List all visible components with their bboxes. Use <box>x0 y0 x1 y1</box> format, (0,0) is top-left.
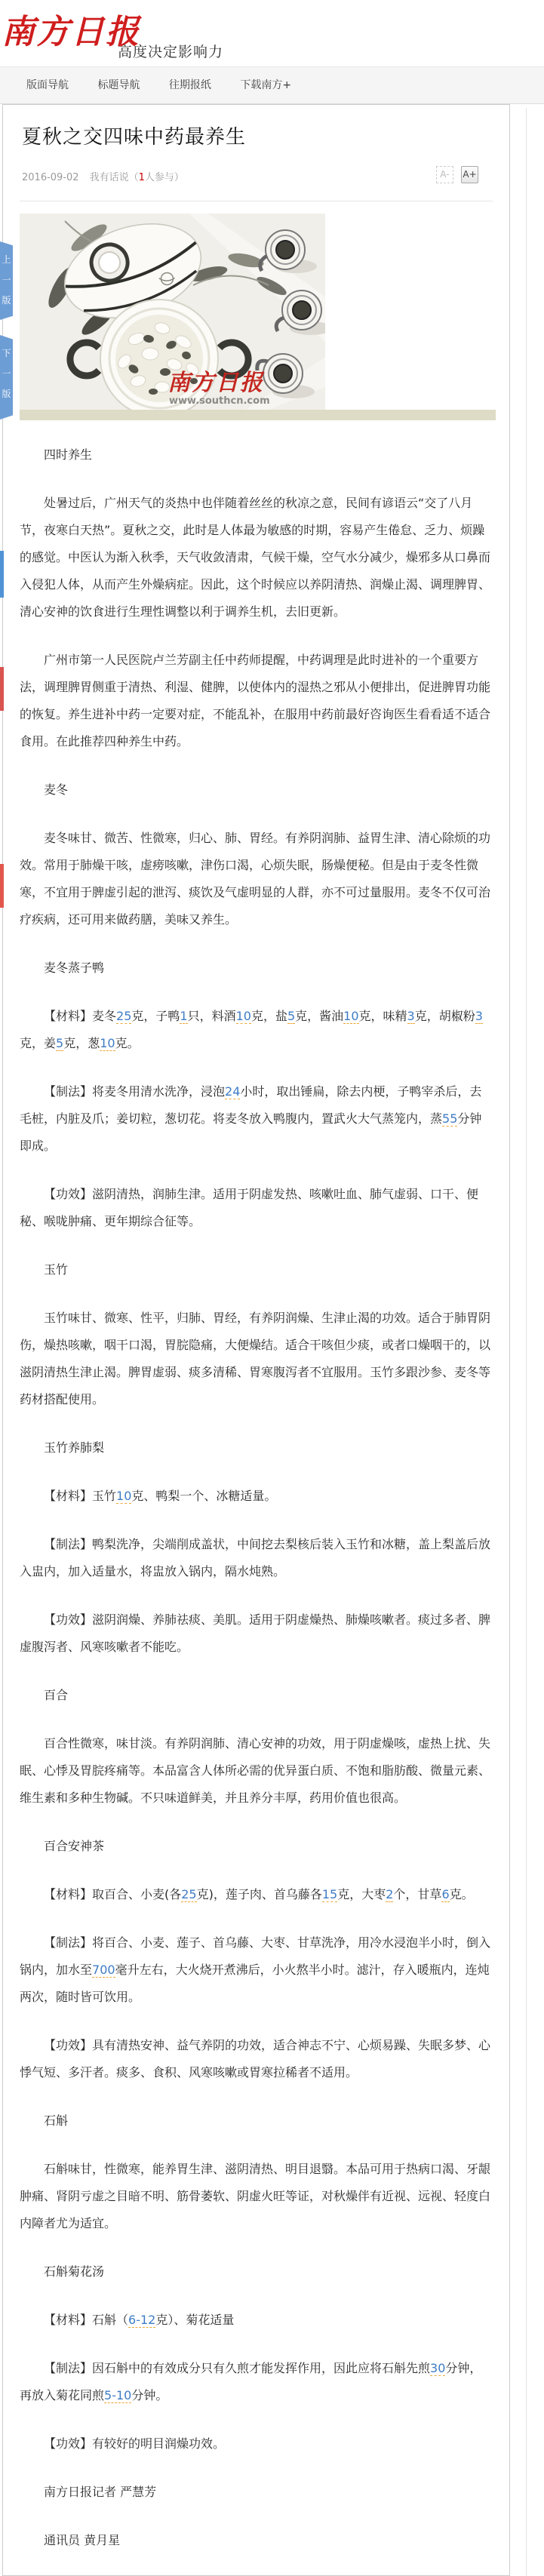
text-segment: 【材料】石斛（ <box>44 2313 128 2327</box>
text-segment: 克，胡椒粉 <box>415 1009 475 1023</box>
number-link[interactable]: 10 <box>343 1009 358 1024</box>
text-segment: 通讯员 黄月星 <box>44 2533 120 2547</box>
font-size-controls: A- A+ <box>432 166 478 183</box>
text-segment: 石斛菊花汤 <box>44 2264 104 2279</box>
number-link[interactable]: 3 <box>475 1009 483 1024</box>
publish-date: 2016-09-02 <box>22 172 79 183</box>
text-segment: 克。 <box>450 1887 474 1901</box>
comment-link[interactable]: 我有话说（1人参与） <box>90 172 184 183</box>
text-segment: 克，大枣 <box>337 1887 386 1901</box>
number-link[interactable]: 30 <box>430 2361 445 2376</box>
body-paragraph: 南方日报记者 严慧芳 <box>20 2479 493 2506</box>
article-photo-illustration: 南方日报 www.southcn.com <box>20 214 325 410</box>
body-paragraph: 百合性微寒，味甘淡。有养阴润肺、清心安神的功效，用于阴虚燥咳，虚热上扰、失眠、心… <box>20 1730 493 1812</box>
section-heading: 麦冬蒸子鸭 <box>20 954 493 982</box>
number-link[interactable]: 700 <box>92 1963 115 1978</box>
text-segment: 【功效】有较好的明目润燥功效。 <box>44 2436 225 2451</box>
font-larger-button[interactable]: A+ <box>461 166 478 183</box>
nav-item-title-nav[interactable]: 标题导航 <box>97 67 140 103</box>
share-widget-sliver[interactable] <box>0 667 4 711</box>
text-segment: 克，盐 <box>251 1009 287 1023</box>
logo-tagline: 高度决定影响力 <box>118 41 223 61</box>
number-link[interactable]: 24 <box>225 1084 240 1099</box>
body-paragraph: 通讯员 黄月星 <box>20 2527 493 2554</box>
text-segment: 石斛 <box>44 2113 68 2128</box>
text-segment: 克，姜 <box>20 1036 56 1050</box>
site-header: 南方日报 高度决定影响力 <box>0 0 544 66</box>
article-meta: 2016-09-02我有话说（1人参与） A- A+ <box>22 169 490 187</box>
page-edge-divider <box>526 108 527 2576</box>
next-edition-tab[interactable]: 下一版 <box>0 335 13 420</box>
number-link[interactable]: 25 <box>181 1887 196 1902</box>
title-divider <box>20 201 493 201</box>
text-segment: 【材料】麦冬 <box>44 1009 116 1023</box>
text-segment: 玉竹味甘、微寒、性平，归肺、胃经，有养阴润燥、生津止渴的功效。适合于肺胃阴伤，燥… <box>20 1311 490 1406</box>
text-segment: 麦冬 <box>44 782 68 797</box>
article-photo: 南方日报 www.southcn.com <box>20 214 325 410</box>
nav-item-page-nav[interactable]: 版面导航 <box>26 67 69 103</box>
text-segment: 分钟。 <box>131 2388 168 2402</box>
section-heading: 麦冬 <box>20 776 493 804</box>
share-widget-sliver[interactable] <box>0 551 4 598</box>
article-body: 四时养生处暑过后，广州天气的炎热中也伴随着丝丝的秋凉之意，民间有谚语云“交了八月… <box>20 441 493 2554</box>
number-link[interactable]: 3 <box>407 1009 415 1024</box>
photo-watermark-brand: 南方日报 <box>168 370 265 396</box>
comment-suffix: 人参与） <box>145 172 184 183</box>
number-link[interactable]: 25 <box>116 1009 131 1024</box>
text-segment: 麦冬蒸子鸭 <box>44 961 104 975</box>
text-segment: 克、鸭梨一个、冰糖适量。 <box>131 1489 276 1503</box>
body-paragraph: 【功效】有较好的明目润燥功效。 <box>20 2430 493 2458</box>
body-paragraph: 【材料】玉竹10克、鸭梨一个、冰糖适量。 <box>20 1483 493 1510</box>
text-segment: 克)，莲子肉、首乌藤各 <box>197 1887 322 1901</box>
number-link[interactable]: 55 <box>442 1111 457 1127</box>
number-link[interactable]: 15 <box>322 1887 337 1902</box>
photo-watermark-url: www.southcn.com <box>169 395 270 407</box>
text-segment: 处暑过后，广州天气的炎热中也伴随着丝丝的秋凉之意，民间有谚语云“交了八月节，夜寒… <box>20 496 490 619</box>
text-segment: 麦冬味甘、微苦、性微寒，归心、肺、胃经。有养阴润肺、益胃生津、清心除烦的功效。常… <box>20 831 490 927</box>
body-paragraph: 石斛味甘，性微寒，能养胃生津、滋阴清热、明目退翳。本品可用于热病口渴、牙龈肿痛、… <box>20 2156 493 2237</box>
text-segment: 【制法】鸭梨洗净，尖端削成盖状，中间挖去梨核后装入玉竹和冰糖，盖上梨盖后放入盅内… <box>20 1537 490 1578</box>
body-paragraph: 【功效】滋阴清热，润肺生津。适用于阴虚发热、咳嗽吐血、肺气虚弱、口干、便秘、喉咙… <box>20 1181 493 1235</box>
number-link[interactable]: 10 <box>100 1036 115 1051</box>
text-segment: 个，甘草 <box>393 1887 441 1901</box>
page: { "header": { "logo_text": "南方日报", "tagl… <box>0 0 544 2576</box>
number-link[interactable]: 10 <box>236 1009 251 1024</box>
body-paragraph: 玉竹味甘、微寒、性平，归肺、胃经，有养阴润燥、生津止渴的功效。适合于肺胃阴伤，燥… <box>20 1305 493 1413</box>
body-paragraph: 【制法】鸭梨洗净，尖端削成盖状，中间挖去梨核后装入玉竹和冰糖，盖上梨盖后放入盅内… <box>20 1531 493 1585</box>
text-segment: 百合安神茶 <box>44 1839 104 1853</box>
text-segment: 【制法】将麦冬用清水洗净，浸泡 <box>44 1084 225 1099</box>
font-smaller-button[interactable]: A- <box>436 166 453 183</box>
share-widget-sliver[interactable] <box>0 864 4 908</box>
text-segment: 玉竹 <box>44 1262 68 1277</box>
section-heading: 百合安神茶 <box>20 1833 493 1860</box>
photo-caption-strip <box>20 410 496 420</box>
text-segment: 玉竹养肺梨 <box>44 1440 104 1455</box>
text-segment: 【功效】具有清热安神、益气养阴的功效，适合神志不宁、心烦易躁、失眠多梦、心悸气短… <box>20 2038 490 2080</box>
text-segment: 克，子鸭 <box>131 1009 180 1023</box>
comment-count: 1 <box>139 172 145 183</box>
text-segment: 克）、菊花适量 <box>155 2313 234 2327</box>
body-paragraph: 【制法】将麦冬用清水洗净，浸泡24小时，取出锤扁，除去内梗，子鸭宰杀后，去毛桩，… <box>20 1078 493 1160</box>
number-link[interactable]: 6-12 <box>128 2313 155 2328</box>
body-paragraph: 【材料】麦冬25克，子鸭1只，料酒10克，盐5克，酱油10克，味精3克，胡椒粉3… <box>20 1003 493 1057</box>
body-paragraph: 【制法】将百合、小麦、莲子、首乌藤、大枣、甘草洗净，用冷水浸泡半小时，倒入锅内，… <box>20 1929 493 2011</box>
page-title: 夏秋之交四味中药最养生 <box>22 105 490 149</box>
text-segment: 【材料】玉竹 <box>44 1489 116 1503</box>
text-segment: 南方日报记者 严慧芳 <box>44 2485 156 2499</box>
body-paragraph: 处暑过后，广州天气的炎热中也伴随着丝丝的秋凉之意，民间有谚语云“交了八月节，夜寒… <box>20 490 493 626</box>
text-segment: 【材料】取百合、小麦(各 <box>44 1887 181 1901</box>
body-paragraph: 【材料】石斛（6-12克）、菊花适量 <box>20 2307 493 2334</box>
text-segment: 广州市第一人民医院卢兰芳副主任中药师提醒，中药调理是此时进补的一个重要方法，调理… <box>20 653 490 749</box>
text-segment: 【功效】滋阴清热，润肺生津。适用于阴虚发热、咳嗽吐血、肺气虚弱、口干、便秘、喉咙… <box>20 1187 478 1228</box>
section-heading: 四时养生 <box>20 441 493 469</box>
text-segment: 百合 <box>44 1688 68 1702</box>
text-segment: 【制法】因石斛中的有效成分只有久煎才能发挥作用，因此应将石斛先煎 <box>44 2361 430 2375</box>
text-segment: 克，味精 <box>359 1009 407 1023</box>
nav-item-past-issues[interactable]: 往期报纸 <box>169 67 211 103</box>
text-segment: 只，料酒 <box>188 1009 236 1023</box>
section-heading: 百合 <box>20 1682 493 1709</box>
body-paragraph: 【材料】取百合、小麦(各25克)，莲子肉、首乌藤各15克，大枣2个，甘草6克。 <box>20 1881 493 1908</box>
body-paragraph: 麦冬味甘、微苦、性微寒，归心、肺、胃经。有养阴润肺、益胃生津、清心除烦的功效。常… <box>20 825 493 933</box>
number-link[interactable]: 5 <box>287 1009 295 1024</box>
article-card: 夏秋之交四味中药最养生 2016-09-02我有话说（1人参与） A- A+ <box>2 104 510 2576</box>
number-link[interactable]: 6 <box>441 1887 449 1902</box>
section-heading: 石斛 <box>20 2107 493 2135</box>
section-heading: 玉竹 <box>20 1256 493 1283</box>
number-link[interactable]: 5-10 <box>104 2388 131 2403</box>
prev-edition-tab[interactable]: 上一版 <box>0 241 13 320</box>
text-segment: 百合性微寒，味甘淡。有养阴润肺、清心安神的功效，用于阴虚燥咳，虚热上扰、失眠、心… <box>20 1736 490 1805</box>
number-link[interactable]: 2 <box>386 1887 393 1902</box>
text-segment: 石斛味甘，性微寒，能养胃生津、滋阴清热、明目退翳。本品可用于热病口渴、牙龈肿痛、… <box>20 2162 490 2230</box>
section-heading: 石斛菊花汤 <box>20 2258 493 2286</box>
number-link[interactable]: 10 <box>116 1489 131 1504</box>
body-paragraph: 【制法】因石斛中的有效成分只有久煎才能发挥作用，因此应将石斛先煎30分钟，再放入… <box>20 2355 493 2409</box>
number-link[interactable]: 5 <box>56 1036 63 1051</box>
section-heading: 玉竹养肺梨 <box>20 1434 493 1462</box>
comment-prefix: 我有话说（ <box>90 172 139 183</box>
body-paragraph: 【功效】具有清热安神、益气养阴的功效，适合神志不宁、心烦易躁、失眠多梦、心悸气短… <box>20 2032 493 2086</box>
main-nav: 版面导航 标题导航 往期报纸 下载南方+ <box>0 66 544 104</box>
text-segment: 克。 <box>115 1036 140 1050</box>
body-paragraph: 广州市第一人民医院卢兰芳副主任中药师提醒，中药调理是此时进补的一个重要方法，调理… <box>20 647 493 755</box>
text-segment: 【功效】滋阴润燥、养肺祛痰、美肌。适用于阴虚燥热、肺燥咳嗽者。痰过多者、脾虚腹泻… <box>20 1612 490 1654</box>
nav-item-download-app[interactable]: 下载南方+ <box>240 67 291 103</box>
number-link[interactable]: 1 <box>180 1009 187 1024</box>
text-segment: 克，葱 <box>63 1036 100 1050</box>
text-segment: 四时养生 <box>44 447 92 462</box>
text-segment: 克，酱油 <box>295 1009 343 1023</box>
body-paragraph: 【功效】滋阴润燥、养肺祛痰、美肌。适用于阴虚燥热、肺燥咳嗽者。痰过多者、脾虚腹泻… <box>20 1606 493 1661</box>
